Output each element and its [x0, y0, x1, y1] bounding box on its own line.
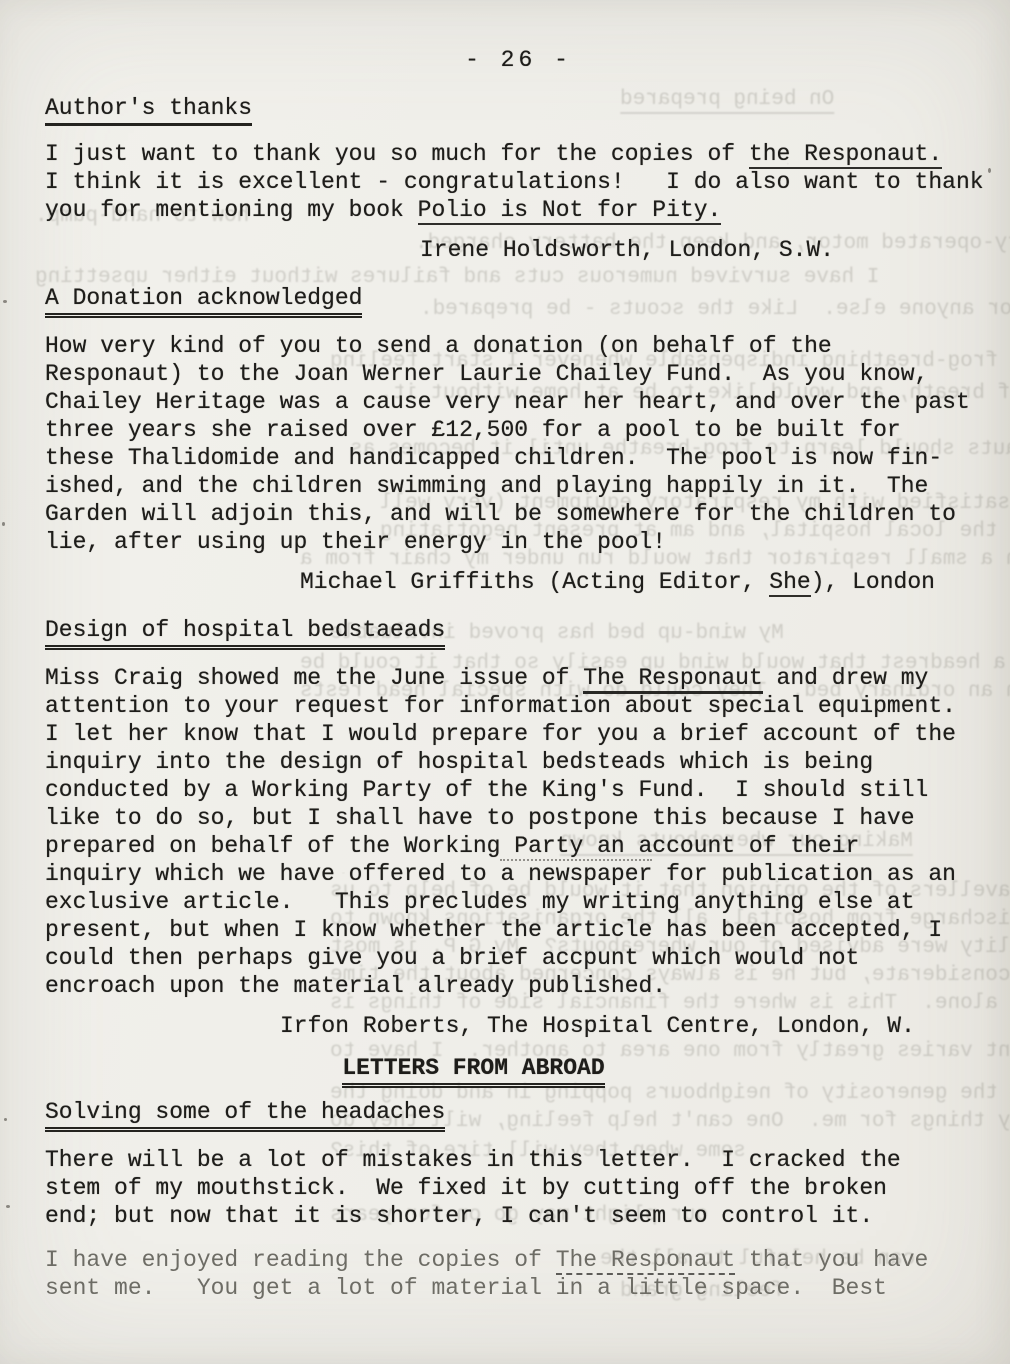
- heading-wrap: Solving some of the headaches: [45, 1098, 992, 1132]
- text-segment: lie, after using up their energy in the …: [45, 529, 666, 555]
- text-segment: I let her know that I would prepare for …: [45, 721, 956, 747]
- text-line: these Thalidomide and handicapped childr…: [45, 444, 992, 472]
- text-line: I think it is excellent - congratulation…: [45, 168, 992, 196]
- text-segment: you for mentioning my book: [45, 197, 418, 223]
- paper-background: On being preparedhow to hand-pump.(2) To…: [0, 0, 1010, 1364]
- text-segment: How very kind of you to send a donation …: [45, 333, 832, 359]
- underlined-text: The Responaut: [556, 1247, 735, 1275]
- text-line: encroach upon the material already publi…: [45, 972, 992, 1000]
- text-segment: three years she raised over £12,500 for …: [45, 417, 901, 443]
- text-line: lie, after using up their energy in the …: [45, 528, 992, 556]
- paragraph-block: I just want to thank you so much for the…: [45, 140, 992, 224]
- text-segment: conducted by a Working Party of the King…: [45, 777, 928, 803]
- text-line: sent me. You get a lot of material in a …: [45, 1274, 992, 1302]
- text-segment: Miss Craig showed me the June issue of: [45, 665, 583, 691]
- text-line: I just want to thank you so much for the…: [45, 140, 992, 168]
- section-design: Design of hospital bedstaeadsMiss Craig …: [45, 616, 992, 1040]
- text-segment: end; but now that it is shorter, I can't…: [45, 1203, 873, 1229]
- heading-wrap: Author's thanks: [45, 94, 992, 126]
- text-line: conducted by a Working Party of the King…: [45, 776, 992, 804]
- section-heading-solving: Solving some of the headaches: [45, 1098, 445, 1132]
- text-segment: exclusive article. This precludes my wri…: [45, 889, 915, 915]
- page-number: - 26 -: [45, 46, 992, 74]
- text-line: exclusive article. This precludes my wri…: [45, 888, 992, 916]
- paragraph-block: I have enjoyed reading the copies of The…: [45, 1246, 992, 1302]
- text-line: could then perhaps give you a brief accp…: [45, 944, 992, 972]
- text-line: There will be a lot of mistakes in this …: [45, 1146, 992, 1174]
- text-line: ished, and the children swimming and pla…: [45, 472, 992, 500]
- text-line: stem of my mouthstick. We fixed it by cu…: [45, 1174, 992, 1202]
- text-segment: There will be a lot of mistakes in this …: [45, 1147, 901, 1173]
- underlined-text: The Responaut: [583, 665, 762, 694]
- underlined-text: the Responaut.: [749, 141, 942, 169]
- text-segment: Irfon Roberts, The Hospital Centre, Lond…: [280, 1013, 915, 1039]
- underlined-text: Polio is Not for Pity.: [418, 197, 722, 225]
- underlined-text: She: [769, 569, 810, 597]
- signature-line: Michael Griffiths (Acting Editor, She), …: [300, 568, 992, 596]
- text-line: inquiry into the design of hospital beds…: [45, 748, 992, 776]
- text-segment: could then perhaps give you a brief accp…: [45, 945, 859, 971]
- signature-block: Michael Griffiths (Acting Editor, She), …: [300, 568, 992, 596]
- text-segment: like to do so, but I shall have to postp…: [45, 805, 915, 831]
- text-segment: stem of my mouthstick. We fixed it by cu…: [45, 1175, 887, 1201]
- text-line: Garden will adjoin this, and will be som…: [45, 500, 992, 528]
- text-segment: Garden will adjoin this, and will be som…: [45, 501, 956, 527]
- text-segment: that you have: [735, 1247, 928, 1273]
- signature-block: Irfon Roberts, The Hospital Centre, Lond…: [280, 1012, 992, 1040]
- text-segment: and drew my: [763, 665, 929, 691]
- paragraph-block: There will be a lot of mistakes in this …: [45, 1146, 992, 1230]
- text-line: attention to your request for informatio…: [45, 692, 992, 720]
- section-letters: LETTERS FROM ABROAD: [45, 1054, 992, 1088]
- text-segment: present, but when I know whether the art…: [45, 917, 942, 943]
- signature-line: Irene Holdsworth, London, S.W.: [420, 236, 992, 264]
- text-segment: Michael Griffiths (Acting Editor,: [300, 569, 769, 595]
- text-segment: inquiry into the design of hospital beds…: [45, 749, 873, 775]
- text-line: you for mentioning my book Polio is Not …: [45, 196, 992, 224]
- text-line: three years she raised over £12,500 for …: [45, 416, 992, 444]
- heading-wrap: Design of hospital bedstaeads: [45, 616, 992, 650]
- section-solving: Solving some of the headachesThere will …: [45, 1098, 992, 1302]
- heading-wrap: LETTERS FROM ABROAD: [0, 1054, 947, 1088]
- section-heading-authors-thanks: Author's thanks: [45, 94, 252, 126]
- paragraph-block: Miss Craig showed me the June issue of T…: [45, 664, 992, 1000]
- text-line: inquiry which we have offered to a newsp…: [45, 860, 992, 888]
- text-segment: encroach upon the material already publi…: [45, 973, 666, 999]
- text-segment: I just want to thank you so much for the…: [45, 141, 749, 167]
- section-heading-donation: A Donation acknowledged: [45, 284, 362, 318]
- typewritten-content: - 26 - Author's thanksI just want to tha…: [0, 0, 1010, 1302]
- section-donation: A Donation acknowledgedHow very kind of …: [45, 284, 992, 596]
- text-segment: I have enjoyed reading the copies of: [45, 1247, 556, 1273]
- text-segment: I think it is excellent - congratulation…: [45, 169, 984, 195]
- text-line: I let her know that I would prepare for …: [45, 720, 992, 748]
- text-segment: Chailey Heritage was a cause very near h…: [45, 389, 970, 415]
- section-heading-letters: LETTERS FROM ABROAD: [342, 1054, 604, 1088]
- text-segment: ), London: [811, 569, 935, 595]
- text-line: like to do so, but I shall have to postp…: [45, 804, 992, 832]
- heading-wrap: A Donation acknowledged: [45, 284, 992, 318]
- text-segment: sent me. You get a lot of material in a …: [45, 1275, 887, 1301]
- text-segment: Responaut) to the Joan Werner Laurie Cha…: [45, 361, 928, 387]
- paragraph-block: How very kind of you to send a donation …: [45, 332, 992, 556]
- text-line: I have enjoyed reading the copies of The…: [45, 1246, 992, 1274]
- scanned-page: { "doc": { "page_number": "- 26 -", "ink…: [0, 0, 1010, 1364]
- signature-block: Irene Holdsworth, London, S.W.: [420, 236, 992, 264]
- text-line: end; but now that it is shorter, I can't…: [45, 1202, 992, 1230]
- text-segment: these Thalidomide and handicapped childr…: [45, 445, 942, 471]
- text-line: How very kind of you to send a donation …: [45, 332, 992, 360]
- underlined-text: a newspaper: [500, 859, 652, 887]
- text-line: Responaut) to the Joan Werner Laurie Cha…: [45, 360, 992, 388]
- section-heading-design: Design of hospital bedstaeads: [45, 616, 445, 650]
- text-line: Miss Craig showed me the June issue of T…: [45, 664, 992, 692]
- text-segment: prepared on behalf of the Working Party …: [45, 833, 859, 859]
- text-segment: inquiry which we have offered to: [45, 861, 500, 887]
- text-line: Chailey Heritage was a cause very near h…: [45, 388, 992, 416]
- text-segment: Irene Holdsworth, London, S.W.: [420, 237, 834, 263]
- text-segment: for publication as an: [652, 861, 956, 887]
- text-segment: ished, and the children swimming and pla…: [45, 473, 928, 499]
- text-line: prepared on behalf of the Working Party …: [45, 832, 992, 860]
- section-authors-thanks: Author's thanksI just want to thank you …: [45, 94, 992, 264]
- text-line: present, but when I know whether the art…: [45, 916, 992, 944]
- signature-line: Irfon Roberts, The Hospital Centre, Lond…: [280, 1012, 992, 1040]
- text-segment: attention to your request for informatio…: [45, 693, 956, 719]
